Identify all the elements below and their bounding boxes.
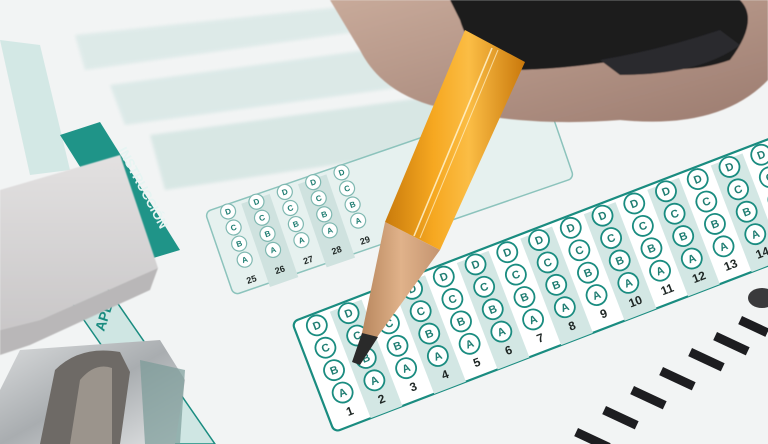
photo-scene: INSTRUCCIÓN ABCD25ABCD26ABCD27ABCD28ABCD… (0, 0, 768, 444)
answer-sheet-illustration: INSTRUCCIÓN ABCD25ABCD26ABCD27ABCD28ABCD… (0, 0, 768, 444)
pencil-sharpener (0, 340, 185, 444)
